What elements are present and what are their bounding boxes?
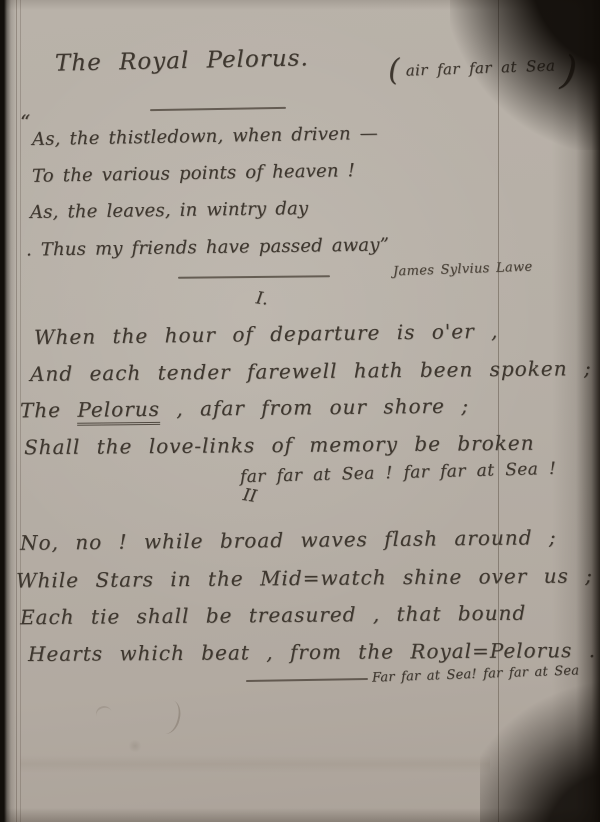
refrain-line: far far at Sea ! far far at Sea ! <box>240 459 557 487</box>
epigraph-open-quote: “ <box>20 110 30 134</box>
flourish-dash <box>246 678 368 682</box>
poem-title: The Royal Pelorus. <box>55 45 309 76</box>
poem-line: Each tie shall be treasured , that bound <box>20 601 526 629</box>
stanza-numeral: I. <box>255 288 270 309</box>
page-corner-shadow-top-right <box>450 0 600 150</box>
epigraph-line: To the various points of heaven ! <box>32 160 355 187</box>
epigraph-separator <box>178 275 330 279</box>
page-corner-shadow-bottom-right <box>480 662 600 822</box>
epigraph-attribution: James Sylvius Lawe <box>393 260 533 280</box>
poem-line: The Pelorus , afar from our shore ; <box>20 394 469 423</box>
poem-line-suffix: , afar from our shore ; <box>160 394 469 421</box>
stanza-numeral: II <box>241 485 258 507</box>
epigraph-line: As, the leaves, in wintry day <box>30 198 309 223</box>
left-margin-line <box>16 0 17 822</box>
poem-line: No, no ! while broad waves flash around … <box>20 525 557 555</box>
manuscript-page: The Royal Pelorus. ( air far far at Sea … <box>0 0 600 822</box>
pen-smudge <box>154 698 184 736</box>
epigraph-line: As, the thistledown, when driven — <box>32 123 378 150</box>
paper-stain <box>128 740 142 752</box>
epigraph-line: . Thus my friends have passed away” <box>26 234 389 260</box>
paper-crease <box>20 755 490 773</box>
pelorus-underlined: Pelorus <box>77 397 160 426</box>
pen-smudge <box>94 704 114 724</box>
poem-line: While Stars in the Mid=watch shine over … <box>16 563 593 592</box>
title-underline <box>150 107 286 111</box>
open-paren: ( <box>388 56 401 86</box>
book-binding-edge <box>0 0 16 822</box>
poem-line: When the hour of departure is o'er , <box>34 319 499 349</box>
poem-line: Shall the love-links of memory be broken <box>24 431 535 459</box>
poem-line: And each tender farewell hath been spoke… <box>30 356 592 386</box>
poem-line-prefix: The <box>20 398 78 423</box>
